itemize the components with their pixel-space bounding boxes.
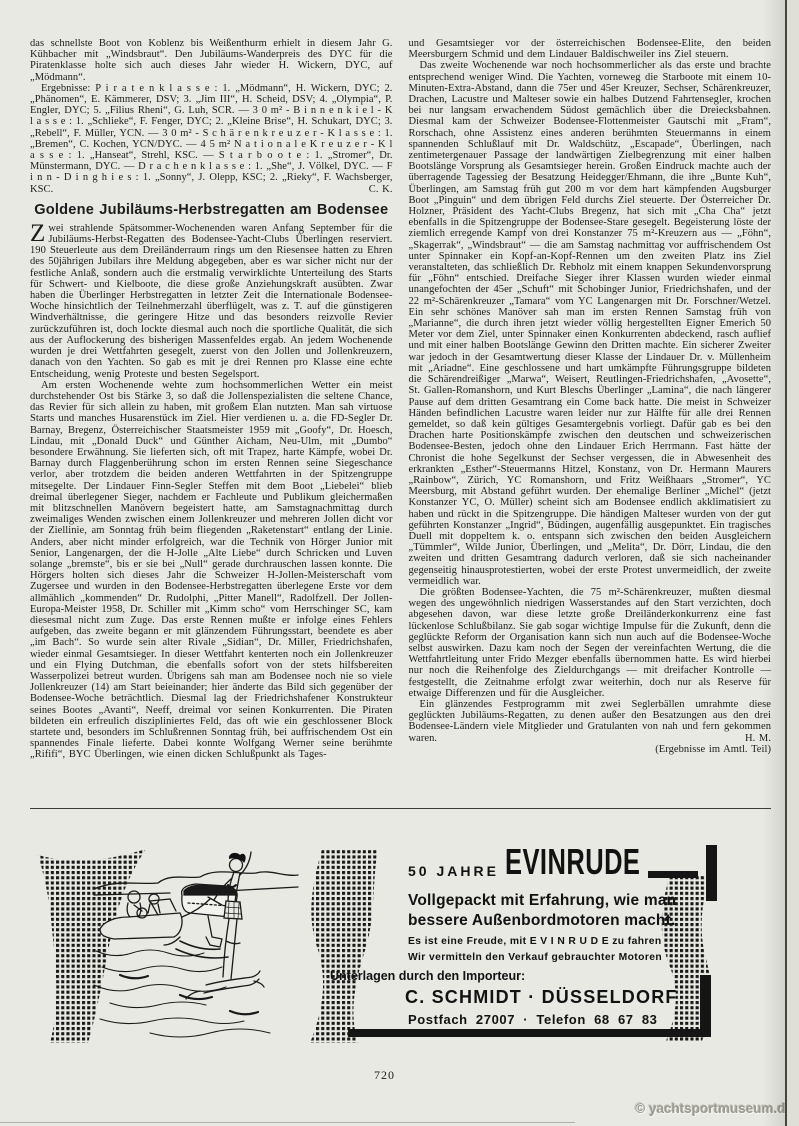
ad-tagline-line2: bessere Außenbordmotoren macht.	[408, 911, 708, 931]
left-column: das schnellste Boot von Koblenz bis Weiß…	[30, 38, 393, 761]
article-lead-text: wei strahlende Spätsommer-Wochenenden wa…	[30, 223, 393, 380]
ad-subline-2: Wir vermitteln den Verkauf gebrauchter M…	[408, 952, 718, 963]
article-paragraph: Das zweite Wochenende war noch hochsomme…	[409, 60, 772, 587]
ad-tagline-line1: Vollgepackt mit Erfahrung, wie man	[408, 891, 708, 911]
right-column: und Gesamtsieger vor der österreichische…	[409, 38, 772, 761]
results-note: (Ergebnisse im Amtl. Teil)	[409, 744, 772, 755]
importer-name: C. SCHMIDT · DÜSSELDORF	[405, 987, 678, 1008]
page-number: 720	[374, 1068, 395, 1083]
results-paragraph: Ergebnisse: P i r a t e n k l a s s e : …	[30, 83, 393, 195]
evinrude-ad: 50 JAHREEVINRUDE Vollgepackt mit Erfahru…	[30, 845, 770, 1050]
prev-article-closing-paragraph: das schnellste Boot von Koblenz bis Weiß…	[30, 38, 393, 83]
evinrude-logo: EVINRUDE	[505, 843, 640, 884]
drop-cap: Z	[30, 223, 48, 244]
results-signature: C. K.	[369, 184, 393, 195]
results-signature-line: C. K.	[30, 184, 393, 195]
page-edge-margin	[787, 0, 799, 1126]
importer-contact: Postfach 27007 · Telefon 68 67 83	[408, 1012, 658, 1027]
article-paragraph: Die größten Bodensee-Yachten, die 75 m²-…	[409, 587, 772, 699]
halftone-ribbon-middle	[310, 849, 378, 1043]
article-paragraph: und Gesamtsieger vor der österreichische…	[409, 38, 772, 60]
page-edge-shadow	[762, 0, 786, 1126]
importer-label: Unterlagen durch den Importeur:	[330, 969, 525, 983]
section-divider-rule	[30, 808, 771, 809]
article-columns: das schnellste Boot von Koblenz bis Weiß…	[30, 38, 771, 761]
magazine-page: das schnellste Boot von Koblenz bis Weiß…	[0, 0, 799, 1126]
ad-headline: 50 JAHREEVINRUDE	[408, 851, 708, 884]
author-signature-line: H. M.	[409, 733, 772, 744]
ad-subline-1: Es ist eine Freude, mit E V I N R U D E …	[408, 936, 718, 947]
article-paragraph: Am ersten Wochenende wehte zum hochsomme…	[30, 380, 393, 761]
page-bottom-edge	[0, 1122, 575, 1123]
article-lead-paragraph: Zwei strahlende Spätsommer-Wochenenden w…	[30, 223, 393, 380]
article-title: Goldene Jubiläums-Herbstregatten am Bode…	[30, 202, 393, 218]
ad-tagline: Vollgepackt mit Erfahrung, wie man besse…	[408, 891, 708, 931]
halftone-ribbon-left	[38, 849, 146, 1043]
ad-headline-prefix: 50 JAHRE	[408, 863, 499, 879]
